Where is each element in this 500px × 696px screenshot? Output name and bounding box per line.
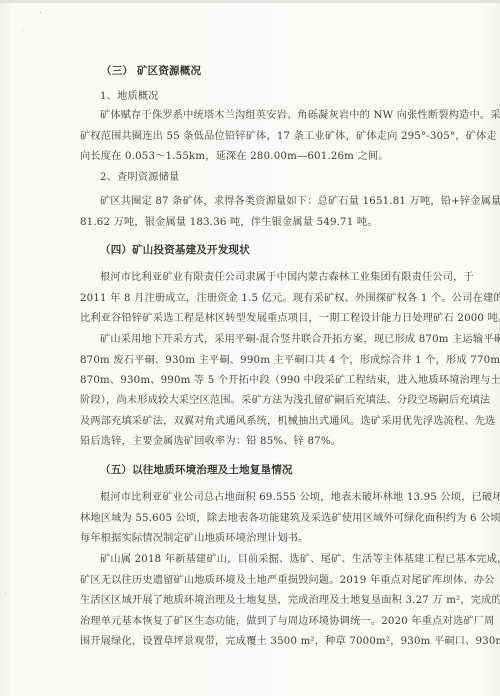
paragraph-line: 比利亚谷铅锌矿采选工程是林区转型发展重点项目，一期工程设计能力日处理矿石 200… xyxy=(0,313,500,325)
subsection-title-reserves: 2、查明资源储量 xyxy=(0,172,500,184)
paragraph-line: 治理单元基本恢复了矿区生态功能，做到了与周边环境协调统一。2020 年重点对选矿… xyxy=(0,616,500,628)
paragraph-line: 2011 年 8 月注册成立，注册资金 1.5 亿元。现有采矿权、外围探矿权各 … xyxy=(0,293,500,305)
scanned-document-page: （三） 矿区资源概况 1、地质概况 矿体赋存于侏罗系中统塔木兰沟组英安岩、角砾凝… xyxy=(0,0,500,696)
paragraph-line: 根河市比利亚矿业有限责任公司隶属于中国内蒙古森林工业集团有限责任公司，于 xyxy=(0,272,500,284)
section-heading-4: （四）矿山投资基建及开发现状 xyxy=(0,244,500,256)
paragraph-line: 矿山采用地下开采方式，采用平硐-混合竖井联合开拓方案，现已形成 870m 主运输… xyxy=(0,334,500,346)
paragraph-line: 根河市比利亚矿业公司总占地面积 69.555 公顷，地表未破坏林地 13.95 … xyxy=(0,492,500,504)
paragraph-line: 每年根据实际情况制定矿山地质环境治理计划书。 xyxy=(0,533,500,545)
scan-speck xyxy=(40,12,41,13)
section-heading-3: （三） 矿区资源概况 xyxy=(0,65,500,77)
paragraph-line: 870m 废石平硐、930m 主平硐、990m 主平硐口共 4 个，形成综合井 … xyxy=(0,355,500,367)
paragraph-line: 矿区无以往历史遗留矿山地质环境及土地严重损毁问题。2019 年重点对尾矿库坝体、… xyxy=(0,575,500,587)
paragraph-line: 向长度在 0.053～1.55km，延深在 280.00m—601.26m 之间… xyxy=(0,151,500,163)
paragraph-line: 矿体赋存于侏罗系中统塔木兰沟组英安岩、角砾凝灰岩中的 NW 向张性断裂构造中。采 xyxy=(0,110,500,122)
paragraph-line: 围开展绿化，设置草坪景观带，完成覆土 3500 m²，种草 7000m²，930… xyxy=(0,636,500,648)
scan-speck xyxy=(5,593,6,594)
subsection-title-geology: 1、地质概况 xyxy=(0,91,500,103)
paragraph-line: 81.62 万吨，银金属量 183.36 吨，伴生银金属量 549.71 吨。 xyxy=(0,217,500,229)
paragraph-line: 矿山属 2018 年新基建矿山，目前采掘、选矿、尾矿、生活等主体基建工程已基本完… xyxy=(0,554,500,566)
paragraph-line: 矿权范围共圈连出 55 条低品位铅锌矿体，17 条工业矿体，矿体走向 295°-… xyxy=(0,131,500,143)
paragraph-line: 阶段），尚未形成较大采空区范围。采矿方法为浅孔留矿嗣后充填法、分段空场嗣后充填法 xyxy=(0,395,500,407)
paragraph-line: 铅后选锌，主要金属选矿回收率为：铅 85%、锌 87%。 xyxy=(0,436,500,448)
paragraph-line: 林地区域为 55.605 公顷，除去地表各功能建筑及采选矿使用区域外可绿化面积约… xyxy=(0,513,500,525)
paragraph-line: 及两部充填采矿法，双翼对角式通风系统，机械抽出式通风。选矿采用优先浮选流程、先选 xyxy=(0,416,500,428)
section-heading-5: （五）以往地质环境治理及土地复垦情况 xyxy=(0,464,500,476)
scan-speck xyxy=(22,30,23,31)
paragraph-line: 生活区区域开展了地质环境治理及土地复垦，完成治理及土地复垦面积 3.27 万 m… xyxy=(0,595,500,607)
paragraph-line: 矿区共圈定 87 条矿体，求得各类资源量如下：总矿石量 1651.81 万吨，铅… xyxy=(0,196,500,208)
paragraph-line: 870m、930m、990m 等 5 个开拓中段（990 中段采矿工程结束，进入… xyxy=(0,375,500,387)
page-top-edge xyxy=(0,0,500,3)
